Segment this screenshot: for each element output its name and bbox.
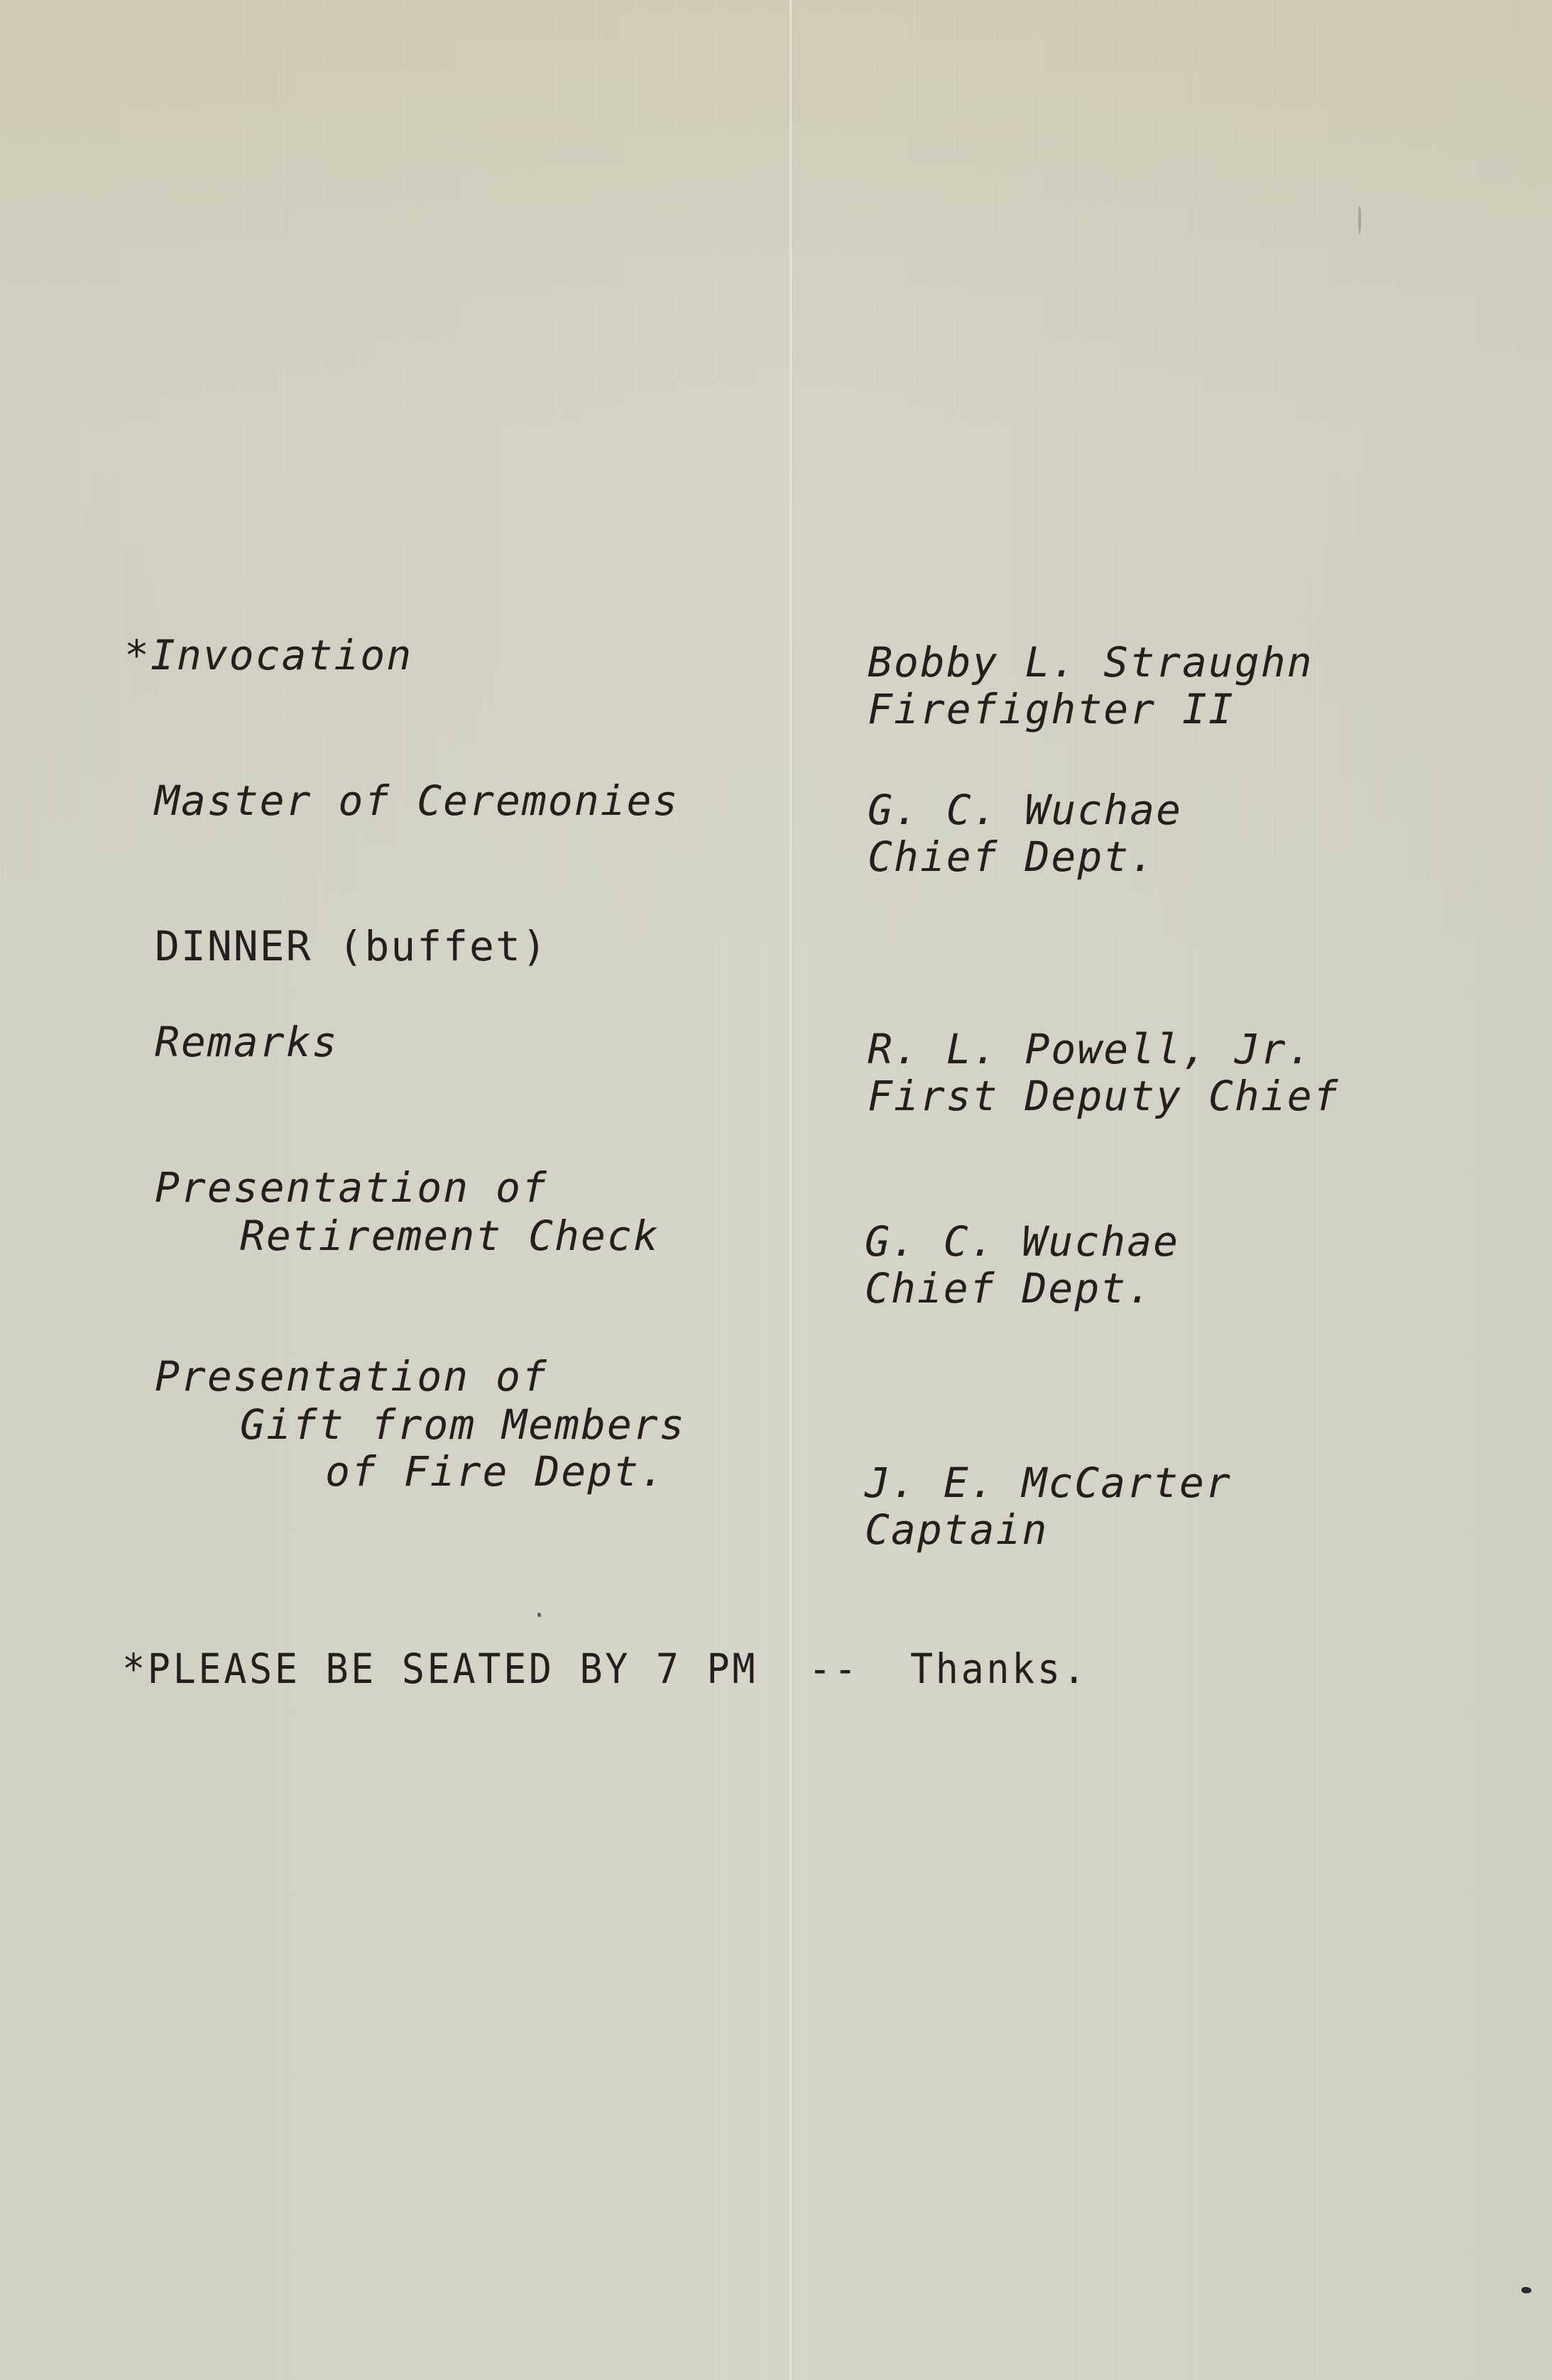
person-title: Chief Dept. xyxy=(868,833,1156,880)
person-name: G. C. Wuchae xyxy=(868,786,1182,833)
person-name: J. E. McCarter xyxy=(865,1459,1232,1506)
person-name: Bobby L. Straughn xyxy=(868,639,1313,686)
item-label-line-1: Presentation of xyxy=(155,1164,548,1211)
person-name: G. C. Wuchae xyxy=(865,1218,1179,1265)
item-label-line-2: Retirement Check xyxy=(240,1212,660,1259)
person-title: First Deputy Chief xyxy=(868,1073,1340,1119)
item-label: Master of Ceremonies xyxy=(155,777,679,824)
item-label-line-2: Gift from Members xyxy=(240,1401,686,1448)
item-label: Remarks xyxy=(155,1019,338,1065)
person-name: R. L. Powell, Jr. xyxy=(868,1026,1313,1073)
ink-speck xyxy=(1521,2287,1531,2293)
ink-speck xyxy=(537,1613,541,1617)
person-title: Captain xyxy=(865,1506,1048,1553)
item-label: DINNER (buffet) xyxy=(155,923,548,970)
ink-speck xyxy=(1358,206,1361,234)
person-title: Firefighter II xyxy=(868,686,1235,733)
fold-crease xyxy=(789,0,792,2380)
seating-notice: *PLEASE BE SEATED BY 7 PM -- Thanks. xyxy=(122,1645,1088,1692)
item-label-line-3: of Fire Dept. xyxy=(325,1448,666,1495)
item-label-line-1: Presentation of xyxy=(155,1353,548,1400)
person-title: Chief Dept. xyxy=(865,1265,1153,1312)
item-label: *Invocation xyxy=(124,632,412,679)
